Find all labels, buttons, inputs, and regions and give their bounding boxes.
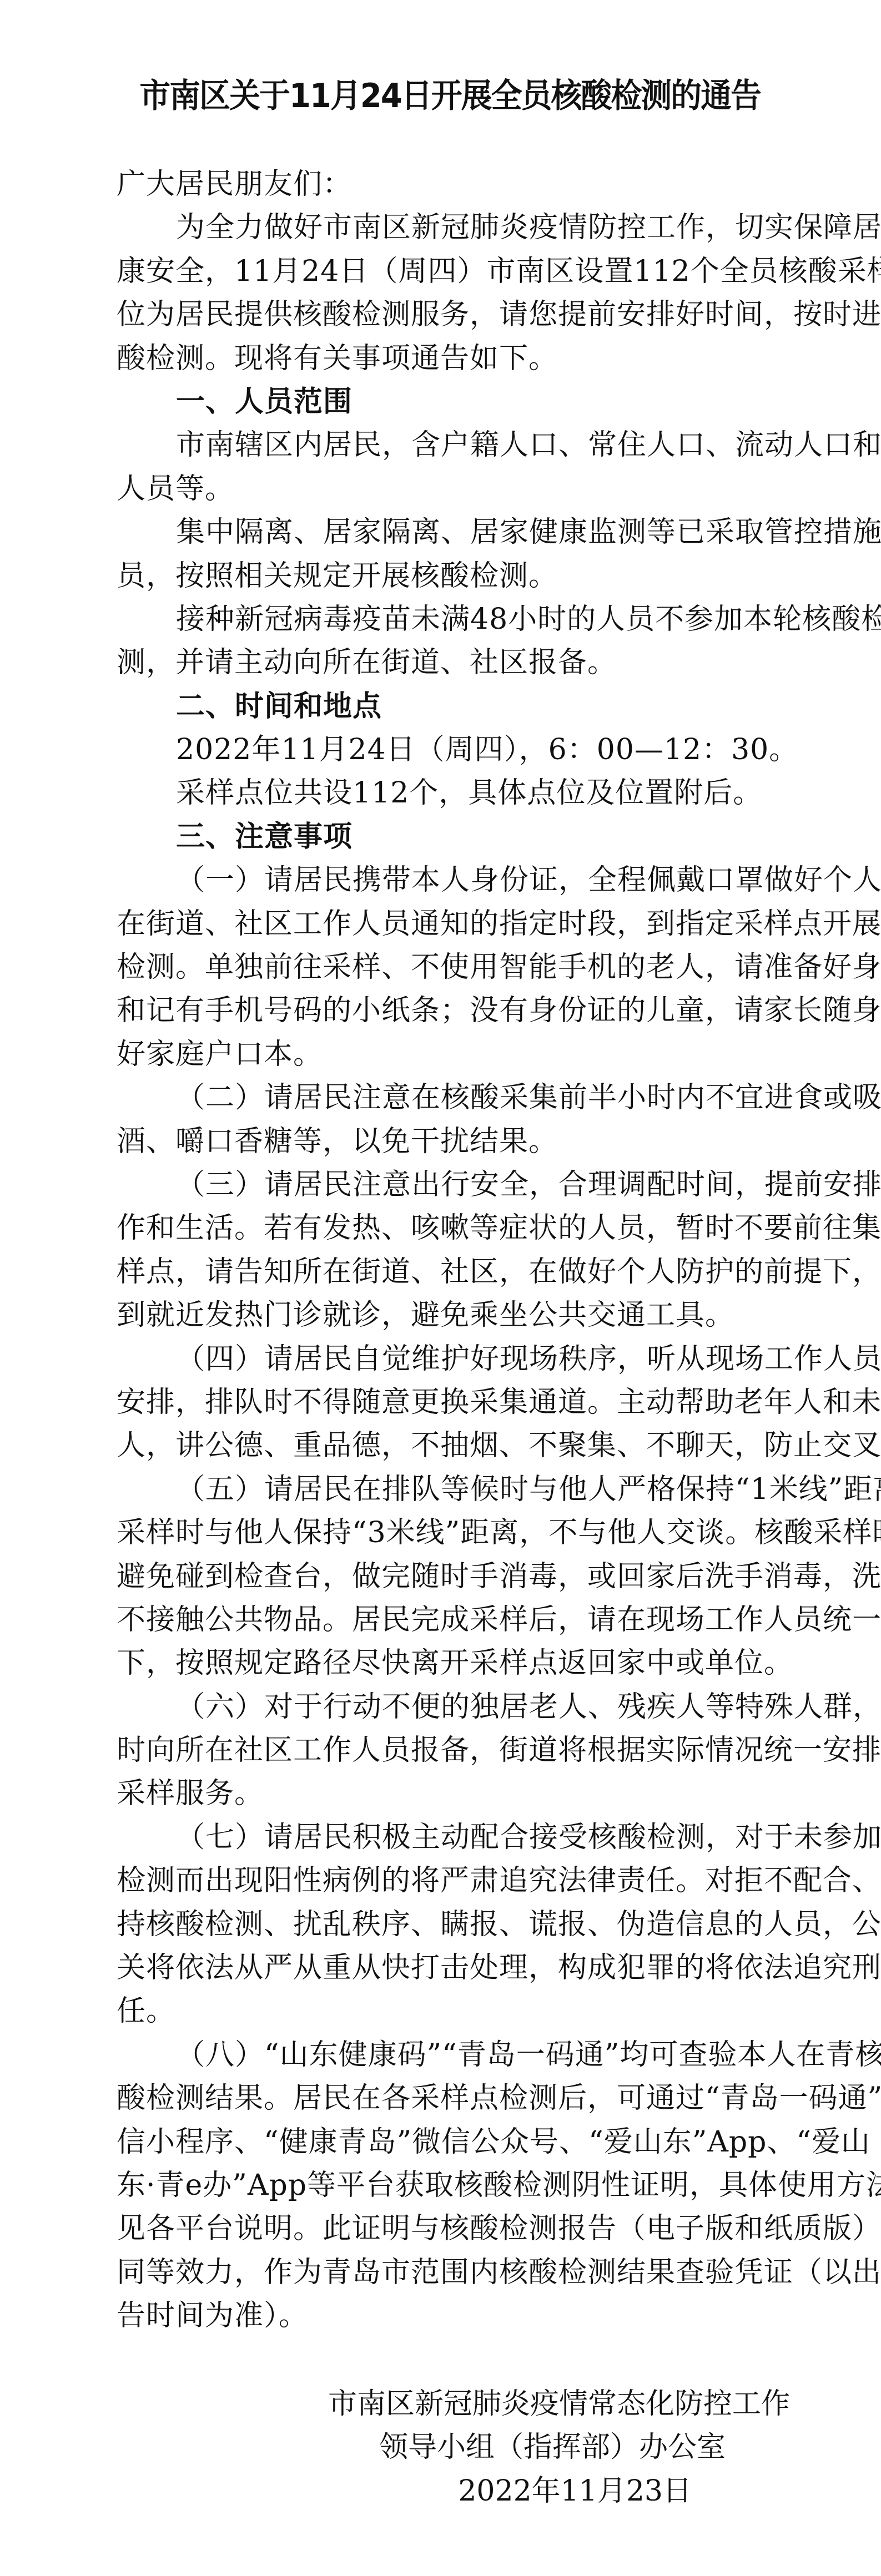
paragraph-line: 关将依法从严从重从快打击处理，构成犯罪的将依法追究刑事责: [117, 1946, 772, 1989]
paragraph-line: （一）请居民携带本人身份证，全程佩戴口罩做好个人防护，: [117, 858, 772, 902]
paragraph-line: 任。: [117, 1989, 772, 2033]
paragraph-line: 样点，请告知所在街道、社区，在做好个人防护的前提下，及时: [117, 1250, 772, 1294]
paragraph-line: 接种新冠病毒疫苗未满48小时的人员不参加本轮核酸检: [117, 598, 772, 641]
paragraph-line: 见各平台说明。此证明与核酸检测报告（电子版和纸质版）具有: [117, 2207, 772, 2250]
section-heading-notes: 三、注意事项: [117, 815, 772, 858]
paragraph-line: 信小程序、“健康青岛”微信公众号、“爱山东”App、“爱山: [117, 2120, 772, 2164]
paragraph-line: 酸检测结果。居民在各采样点检测后，可通过“青岛一码通”微: [117, 2077, 772, 2120]
document-title: 市南区关于11月24日开展全员核酸检测的通告: [139, 71, 748, 121]
paragraph-line: 告时间为准）。: [117, 2294, 772, 2337]
paragraph-line: 在街道、社区工作人员通知的指定时段，到指定采样点开展核酸: [117, 902, 772, 946]
paragraph-line: 同等效力，作为青岛市范围内核酸检测结果查验凭证（以出具报: [117, 2251, 772, 2294]
paragraph-line: 安排，排队时不得随意更换采集通道。主动帮助老年人和未成年: [117, 1381, 772, 1424]
paragraph-line: （七）请居民积极主动配合接受核酸检测，对于未参加核酸: [117, 1816, 772, 1859]
paragraph-line: 东·青e办”App等平台获取核酸检测阴性证明，具体使用方法: [117, 2164, 772, 2207]
paragraph-line: （四）请居民自觉维护好现场秩序，听从现场工作人员指挥: [117, 1337, 772, 1381]
greeting: 广大居民朋友们：: [117, 163, 772, 206]
paragraph-line: （五）请居民在排队等候时与他人严格保持“1米线”距离，: [117, 1468, 772, 1511]
paragraph-line: 时向所在社区工作人员报备，街道将根据实际情况统一安排上门: [117, 1729, 772, 1772]
paragraph-line: 检测。单独前往采样、不使用智能手机的老人，请准备好身份证: [117, 946, 772, 989]
document-body: 广大居民朋友们： 为全力做好市南区新冠肺炎疫情防控工作，切实保障居民健 康安全，…: [117, 163, 772, 2338]
paragraph-line: 避免碰到检查台，做完随时手消毒，或回家后洗手消毒，洗手前: [117, 1555, 772, 1598]
paragraph-line: 人员等。: [117, 467, 772, 511]
intro-line: 为全力做好市南区新冠肺炎疫情防控工作，切实保障居民健: [117, 206, 772, 249]
paragraph-line: 下，按照规定路径尽快离开采样点返回家中或单位。: [117, 1641, 772, 1685]
intro-line: 康安全，11月24日（周四）市南区设置112个全员核酸采样点: [117, 250, 772, 293]
signature-date: 2022年11月23日: [248, 2469, 692, 2513]
paragraph-line: 到就近发热门诊就诊，避免乘坐公共交通工具。: [117, 1294, 772, 1337]
paragraph-line: 人，讲公德、重品德，不抽烟、不聚集、不聊天，防止交叉感染。: [117, 1424, 772, 1467]
paragraph-line: 持核酸检测、扰乱秩序、瞒报、谎报、伪造信息的人员，公安机: [117, 1903, 772, 1946]
paragraph-line: 不接触公共物品。居民完成采样后，请在现场工作人员统一指挥: [117, 1598, 772, 1641]
intro-line: 位为居民提供核酸检测服务，请您提前安排好时间，按时进行核: [117, 293, 772, 336]
paragraph-line: （六）对于行动不便的独居老人、残疾人等特殊人群，请及: [117, 1685, 772, 1729]
paragraph-line: （三）请居民注意出行安全，合理调配时间，提前安排好工: [117, 1163, 772, 1206]
paragraph-line: 好家庭户口本。: [117, 1033, 772, 1076]
paragraph-line: （八）“山东健康码”“青岛一码通”均可查验本人在青核: [117, 2033, 772, 2077]
section-heading-scope: 一、人员范围: [117, 380, 772, 423]
notice-page: 市南区关于11月24日开展全员核酸检测的通告 广大居民朋友们： 为全力做好市南区…: [0, 0, 881, 2576]
paragraph-line: 作和生活。若有发热、咳嗽等症状的人员，暂时不要前往集中采: [117, 1206, 772, 1250]
signature-org-line1: 市南区新冠肺炎疫情常态化防控工作: [328, 2382, 772, 2426]
paragraph-line: 检测而出现阳性病例的将严肃追究法律责任。对拒不配合、不支: [117, 1859, 772, 1902]
signature-org-line2: 领导小组（指挥部）办公室: [281, 2426, 726, 2469]
paragraph-line: 市南辖区内居民，含户籍人口、常住人口、流动人口和外籍: [117, 423, 772, 467]
intro-line: 酸检测。现将有关事项通告如下。: [117, 337, 772, 380]
paragraph-line: 酒、嚼口香糖等，以免干扰结果。: [117, 1120, 772, 1163]
paragraph-line: 采样点位共设112个，具体点位及位置附后。: [117, 771, 772, 815]
paragraph-line: 员，按照相关规定开展核酸检测。: [117, 554, 772, 598]
paragraph-line: 采样服务。: [117, 1772, 772, 1815]
paragraph-line: 测，并请主动向所在街道、社区报备。: [117, 641, 772, 684]
section-heading-time-place: 二、时间和地点: [117, 685, 772, 728]
paragraph-line: （二）请居民注意在核酸采集前半小时内不宜进食或吸烟喝: [117, 1076, 772, 1119]
paragraph-line: 和记有手机号码的小纸条；没有身份证的儿童，请家长随身携带: [117, 989, 772, 1032]
intro-paragraph: 为全力做好市南区新冠肺炎疫情防控工作，切实保障居民健 康安全，11月24日（周四…: [117, 206, 772, 380]
paragraph-line: 采样时与他人保持“3米线”距离，不与他人交谈。核酸采样时: [117, 1511, 772, 1554]
paragraph-line: 集中隔离、居家隔离、居家健康监测等已采取管控措施的人: [117, 511, 772, 554]
paragraph-line: 2022年11月24日（周四），6：00—12：30。: [117, 728, 772, 771]
